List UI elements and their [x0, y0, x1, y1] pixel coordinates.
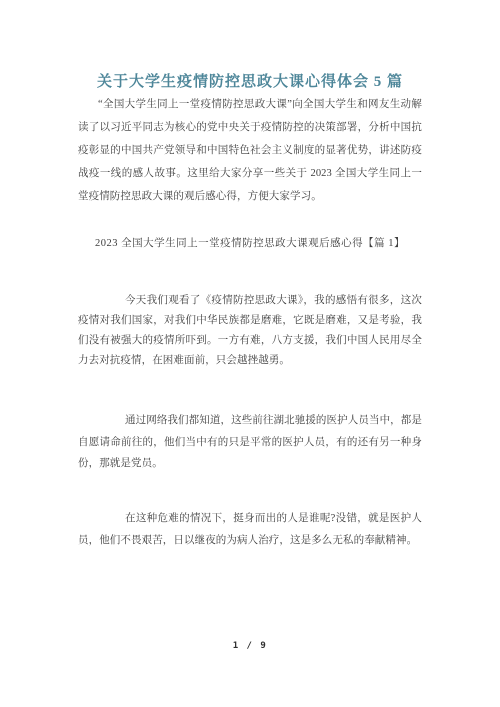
- body-paragraph-3: 在这种危难的情况下，挺身而出的人是谁呢?没错，就是医护人员，他们不畏艰苦，日以继…: [78, 508, 422, 552]
- page-indicator: 1 / 9: [0, 641, 500, 651]
- body-paragraph-2: 通过网络我们都知道，这些前往湖北驰援的医护人员当中，都是自愿请命前往的，他们当中…: [78, 410, 422, 475]
- document-page: 关于大学生疫情防控思政大课心得体会 5 篇 “全国大学生同上一堂疫情防控思政大课…: [0, 0, 500, 707]
- body-paragraph-1: 今天我们观看了《疫情防控思政大课》，我的感悟有很多，这次疫情对我们国家，对我们中…: [78, 291, 422, 371]
- intro-paragraph: “全国大学生同上一堂疫情防控思政大课”向全国大学生和网友生动解读了以习近平同志为…: [78, 93, 422, 208]
- section-heading: 2023 全国大学生同上一堂疫情防控思政大课观后感心得【篇 1】: [0, 235, 500, 253]
- document-title: 关于大学生疫情防控思政大课心得体会 5 篇: [0, 71, 500, 93]
